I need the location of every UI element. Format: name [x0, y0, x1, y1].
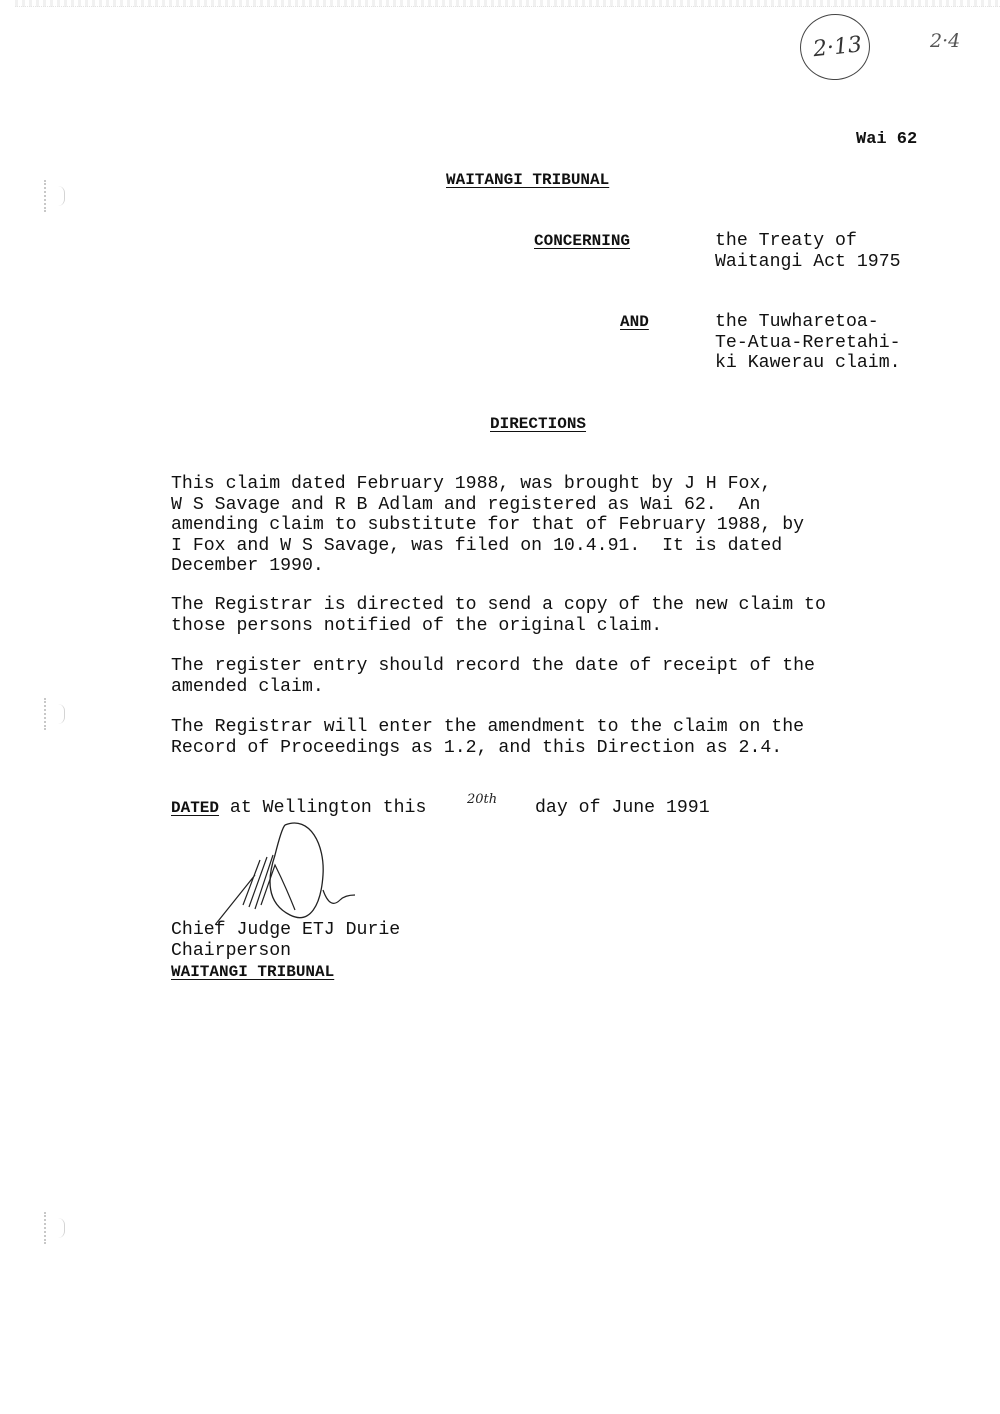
document-reference: Wai 62: [856, 130, 917, 151]
concerning-text: the Treaty of Waitangi Act 1975: [715, 231, 901, 272]
dated-month-year: day of June 1991: [535, 798, 710, 819]
handwritten-day: 20th: [467, 790, 497, 811]
dated-label: DATED: [171, 799, 219, 817]
punch-hole-mark: [40, 180, 70, 220]
circled-note-text: 2·13: [812, 32, 863, 62]
and-text: the Tuwharetoa- Te-Atua-Reretahi- ki Kaw…: [715, 312, 901, 374]
paragraph: The Registrar will enter the amendment t…: [171, 717, 804, 758]
scan-edge-artifact: [15, 0, 1000, 7]
circled-handwritten-note: 2·13: [797, 11, 874, 84]
paragraph: This claim dated February 1988, was brou…: [171, 474, 804, 577]
signature: [215, 815, 415, 925]
punch-hole-mark: [40, 698, 70, 738]
document-title: WAITANGI TRIBUNAL: [446, 170, 609, 191]
concerning-label: CONCERNING: [534, 231, 630, 252]
paragraph: The Registrar is directed to send a copy…: [171, 595, 826, 636]
signatory-organization: WAITANGI TRIBUNAL: [171, 962, 334, 983]
signatory-role: Chairperson: [171, 941, 291, 962]
section-title: DIRECTIONS: [490, 414, 586, 435]
and-label: AND: [620, 312, 649, 333]
punch-hole-mark: [40, 1212, 70, 1252]
signatory-name: Chief Judge ETJ Durie: [171, 920, 400, 941]
corner-handwritten-note: 2·4: [930, 30, 960, 52]
paragraph: The register entry should record the dat…: [171, 656, 815, 697]
